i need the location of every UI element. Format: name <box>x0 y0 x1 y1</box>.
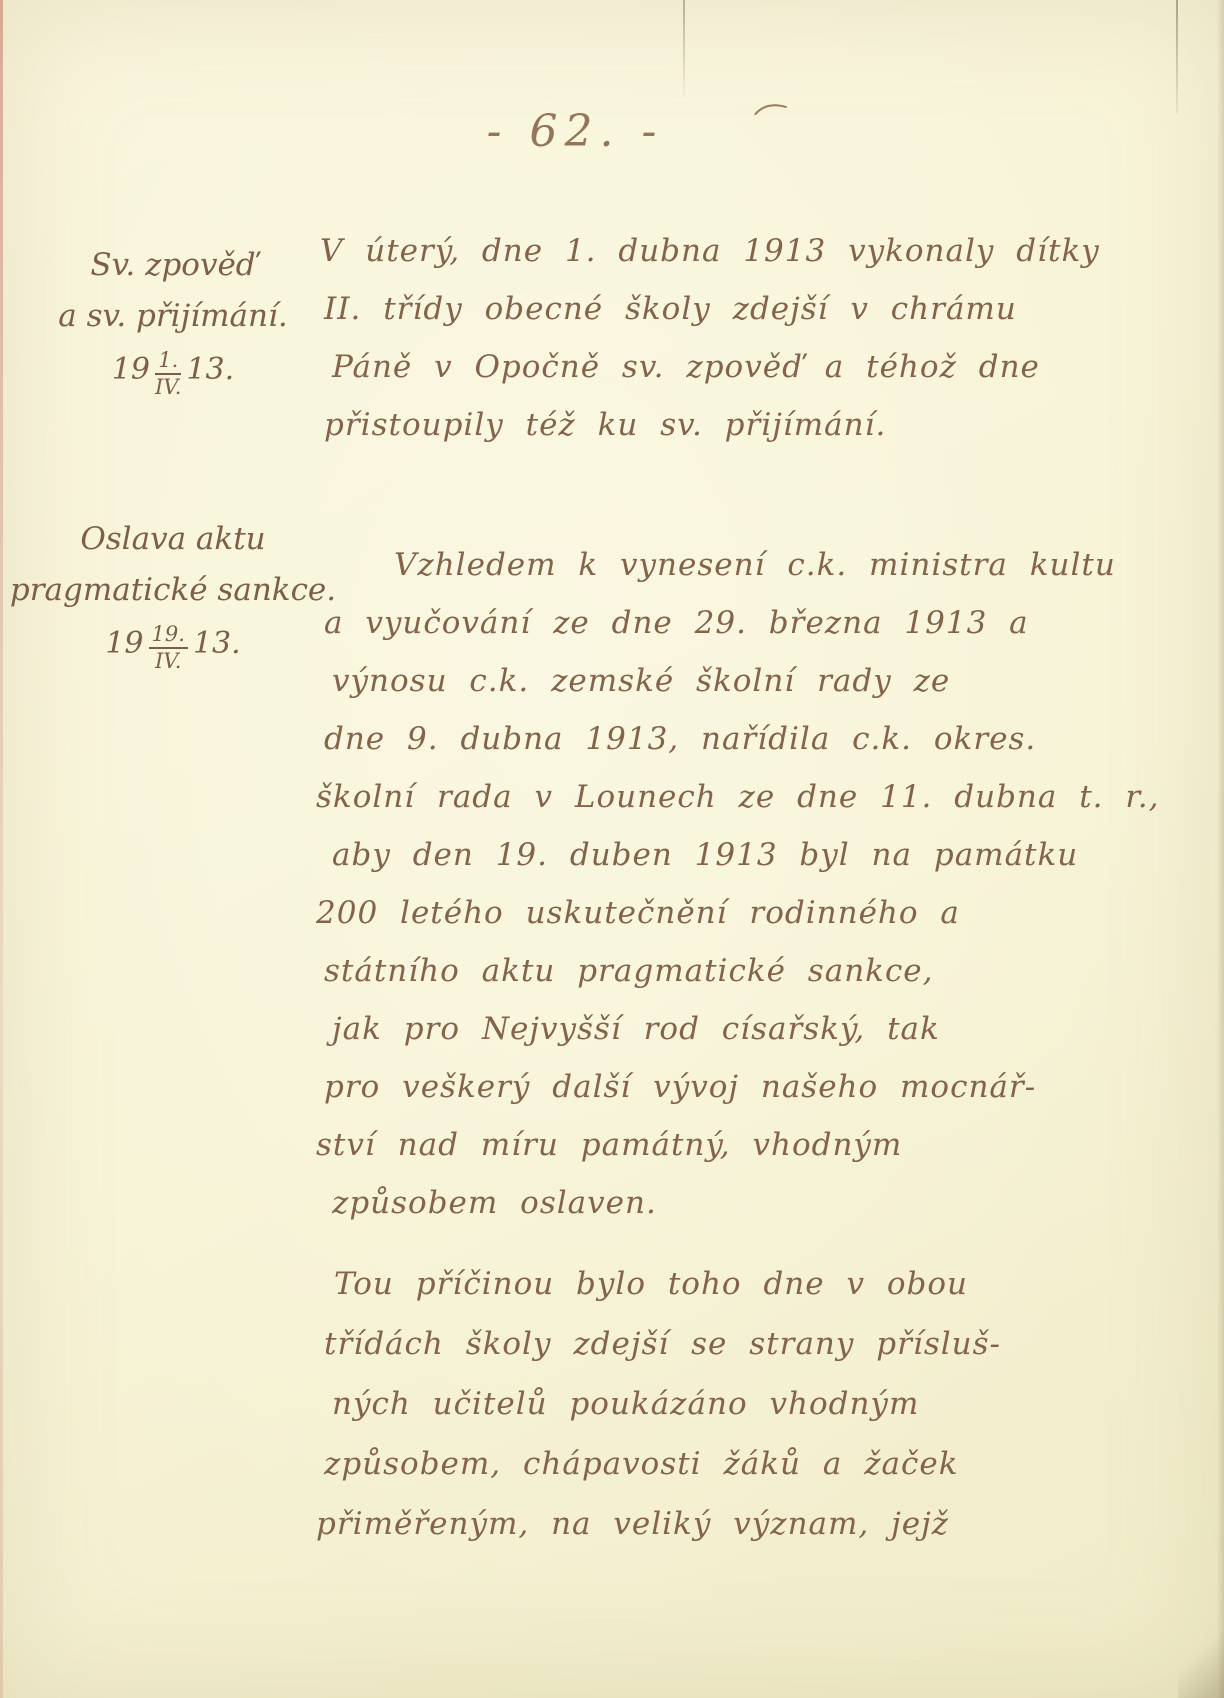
margin-note-line: pragmatické sankce. <box>6 565 340 616</box>
margin-note-date: 1919.IV.13. <box>6 618 340 673</box>
chronicle-page: - 62. - Sv. zpověď a sv. přijímání. 191.… <box>0 0 1224 1698</box>
date-year-prefix: 19 <box>105 626 143 661</box>
scan-edge-left <box>0 0 3 1698</box>
text-line: II. třídy obecné školy zdejší v chrámu <box>324 280 1196 338</box>
date-year-prefix: 19 <box>112 352 150 387</box>
text-line: výnosu c.k. zemské školní rady ze <box>332 652 1196 710</box>
paragraph-celebration: Tou příčinou bylo toho dne v obou třídác… <box>316 1254 1196 1554</box>
date-year-suffix: 13. <box>193 626 241 661</box>
page-number: - 62. - <box>0 106 1150 157</box>
text-line: ných učitelů poukázáno vhodným <box>332 1374 1196 1434</box>
margin-note-line: Oslava aktu <box>6 514 340 565</box>
text-line: a vyučování ze dne 29. března 1913 a <box>324 594 1196 652</box>
text-line: Tou příčinou bylo toho dne v obou <box>334 1254 1196 1314</box>
margin-note-line: Sv. zpověď <box>6 240 340 291</box>
text-line: jak pro Nejvyšší rod císařský, tak <box>332 1000 1196 1058</box>
text-line: státního aktu pragmatické sankce, <box>324 942 1196 1000</box>
date-day: 1. <box>155 349 181 375</box>
text-line: způsobem, chápavosti žáků a žaček <box>324 1434 1196 1494</box>
text-line: dne 9. dubna 1913, nařídila c.k. okres. <box>324 710 1196 768</box>
date-year-suffix: 13. <box>186 352 234 387</box>
paper-crease-top <box>683 0 685 96</box>
date-fraction: 1.IV. <box>155 349 181 398</box>
margin-note-confession: Sv. zpověď a sv. přijímání. 191.IV.13. <box>6 240 340 399</box>
text-line: školní rada v Lounech ze dne 11. dubna t… <box>316 768 1196 826</box>
text-line: pro veškerý další vývoj našeho mocnář- <box>324 1058 1196 1116</box>
text-line: Páně v Opočně sv. zpověď a téhož dne <box>332 338 1196 396</box>
paragraph-decree: Vzhledem k vynesení c.k. ministra kultu … <box>316 536 1196 1232</box>
date-fraction: 19.IV. <box>149 623 188 672</box>
scan-shadow-corner <box>1178 1628 1224 1698</box>
text-line: 200 letého uskutečnění rodinného a <box>316 884 1196 942</box>
date-day: 19. <box>149 623 188 649</box>
date-month: IV. <box>149 649 188 673</box>
scan-edge-right <box>1217 0 1224 1698</box>
paper-crease-right <box>1176 0 1178 114</box>
text-line: způsobem oslaven. <box>332 1174 1196 1232</box>
paragraph-confession: V úterý, dne 1. dubna 1913 vykonaly dítk… <box>316 222 1196 454</box>
text-line: Vzhledem k vynesení c.k. ministra kultu <box>316 536 1196 594</box>
text-line: přistoupily též ku sv. přijímání. <box>324 396 1196 454</box>
text-line: V úterý, dne 1. dubna 1913 vykonaly dítk… <box>320 222 1196 280</box>
text-line: přiměřeným, na veliký význam, jejž <box>316 1494 1196 1554</box>
text-line: aby den 19. duben 1913 byl na památku <box>332 826 1196 884</box>
date-month: IV. <box>155 375 181 399</box>
margin-note-pragmatic-sanction: Oslava aktu pragmatické sankce. 1919.IV.… <box>6 514 340 673</box>
margin-note-line: a sv. přijímání. <box>6 291 340 342</box>
text-line: třídách školy zdejší se strany přísluš- <box>324 1314 1196 1374</box>
text-line: ství nad míru památný, vhodným <box>316 1116 1196 1174</box>
margin-note-date: 191.IV.13. <box>6 344 340 399</box>
